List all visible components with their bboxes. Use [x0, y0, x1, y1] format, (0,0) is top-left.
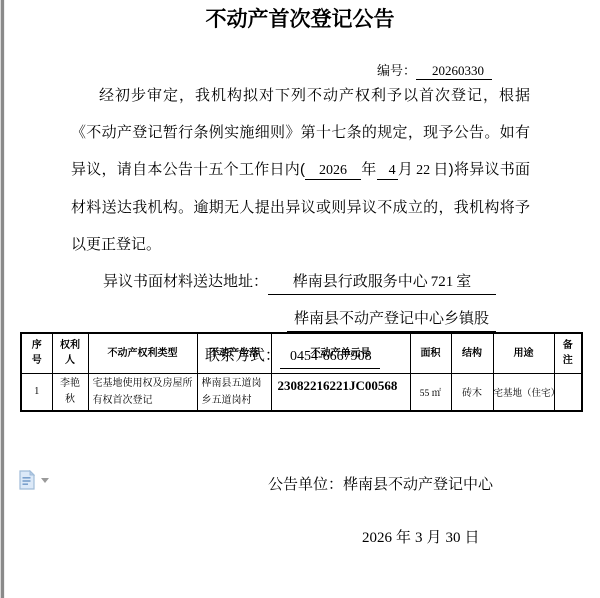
- deadline-month: 4: [377, 163, 398, 180]
- col-header-location: 不动产坐落: [197, 333, 271, 373]
- address-1-suffix: 室: [456, 273, 471, 290]
- paste-options-dropdown-arrow-icon[interactable]: [41, 478, 49, 483]
- announcement-date: 2026年3月30日: [362, 526, 480, 547]
- paragraph-segment-2: 年: [361, 161, 377, 178]
- cell-usage: 宅基地（住宅）: [493, 373, 554, 411]
- date-day-label: 日: [465, 529, 480, 546]
- page-left-edge: [0, 0, 5, 598]
- cell-right-type: 宅基地使用权及房屋所有权首次登记: [88, 373, 197, 411]
- document-page: 不动产首次登记公告 编号：20260330 经初步审定，我机构拟对下列不动产权利…: [0, 0, 600, 598]
- objection-address-value-1: 桦南县行政服务中心721室: [268, 270, 496, 295]
- date-year: 2026: [362, 530, 392, 546]
- deadline-day: 22: [416, 163, 430, 178]
- col-header-holder: 权利人: [52, 333, 88, 373]
- objection-address-value-2: 桦南县不动产登记中心乡镇股: [287, 307, 496, 332]
- address-1-text: 桦南县行政服务中心: [293, 273, 428, 290]
- doc-number-label: 编号：: [377, 63, 416, 78]
- cell-structure: 砖木: [451, 373, 493, 411]
- announcing-unit-label: 公告单位：: [268, 476, 343, 493]
- col-header-seq: 序号: [21, 333, 52, 373]
- address-1-room-number: 721: [431, 274, 454, 290]
- col-header-remark-label: 备注: [562, 338, 574, 368]
- date-day: 30: [446, 530, 461, 546]
- cell-seq: 1: [21, 373, 52, 411]
- registration-table: 序号 权利人 不动产权利类型 不动产坐落 不动产单元号 面积 结构 用途 备注 …: [20, 332, 583, 412]
- cell-remark: [554, 373, 582, 411]
- col-header-holder-label: 权利人: [58, 338, 82, 368]
- paste-options-icon: [19, 470, 35, 490]
- col-header-structure: 结构: [451, 333, 493, 373]
- col-header-right-type: 不动产权利类型: [88, 333, 197, 373]
- col-header-remark: 备注: [554, 333, 582, 373]
- paste-options-button[interactable]: [19, 470, 51, 492]
- announcement-body: 经初步审定，我机构拟对下列不动产权利予以首次登记，根据《不动产登记暂行条例实施细…: [71, 77, 530, 374]
- table-row: 1 李艳秋 宅基地使用权及房屋所有权首次登记 桦南县五道岗乡五道岗村 23082…: [21, 373, 582, 411]
- paragraph-segment-3: 月: [398, 161, 414, 178]
- announcing-unit-line: 公告单位：桦南县不动产登记中心: [268, 473, 493, 494]
- date-month: 3: [415, 530, 423, 546]
- cell-location: 桦南县五道岗乡五道岗村: [197, 373, 271, 411]
- objection-address-label: 异议书面材料送达地址：: [103, 273, 268, 290]
- objection-address-line-1: 异议书面材料送达地址：桦南县行政服务中心721室: [103, 263, 530, 300]
- col-header-area: 面积: [410, 333, 451, 373]
- table-header-row: 序号 权利人 不动产权利类型 不动产坐落 不动产单元号 面积 结构 用途 备注: [21, 333, 582, 373]
- deadline-year: 2026: [305, 163, 361, 180]
- col-header-unit-no: 不动产单元号: [271, 333, 410, 373]
- date-year-label: 年: [396, 529, 411, 546]
- page-title: 不动产首次登记公告: [0, 3, 600, 33]
- cell-holder: 李艳秋: [52, 373, 88, 411]
- col-header-usage: 用途: [493, 333, 554, 373]
- announcing-unit-name: 桦南县不动产登记中心: [343, 476, 493, 493]
- date-month-label: 月: [427, 529, 442, 546]
- cell-holder-text: 李艳秋: [58, 376, 82, 408]
- cell-unit-no: 23082216221JC00568: [271, 373, 410, 411]
- col-header-seq-label: 序号: [31, 338, 43, 368]
- announcement-paragraph: 经初步审定，我机构拟对下列不动产权利予以首次登记，根据《不动产登记暂行条例实施细…: [71, 77, 530, 263]
- cell-area: 55 ㎡: [410, 373, 451, 411]
